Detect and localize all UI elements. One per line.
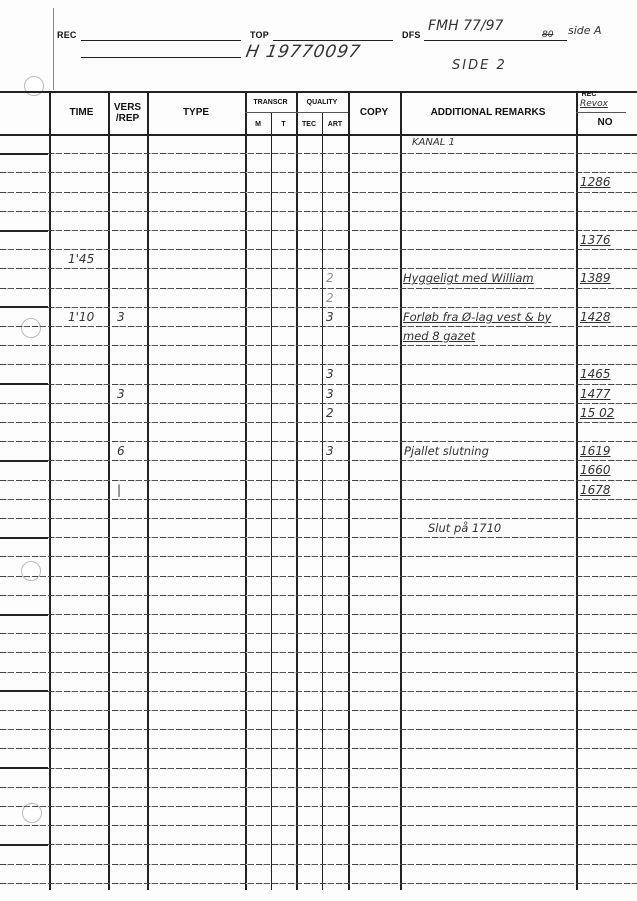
margin-tick — [0, 614, 48, 616]
row-line — [0, 326, 637, 327]
col-header-transcr-m: M — [245, 117, 271, 133]
margin-tick — [0, 767, 48, 769]
row-line — [0, 384, 637, 385]
entry-remarks: Hyggeligt med William — [403, 271, 534, 285]
col-header-time: TIME — [55, 92, 108, 134]
entry-time: 1'10 — [68, 310, 94, 324]
side-a-note: side A — [568, 24, 602, 37]
header-bottom-border — [0, 134, 637, 136]
entry-vers: 3 — [117, 387, 125, 401]
entry-art: 3 — [326, 444, 334, 458]
top-label: TOP — [250, 30, 269, 40]
row-line — [0, 844, 637, 845]
col-header-rep: /REP — [116, 113, 139, 125]
row-line — [0, 518, 637, 519]
margin-tick — [0, 460, 48, 462]
row-line — [0, 787, 637, 788]
subheader-divider — [245, 112, 348, 113]
row-line — [0, 153, 637, 154]
col-header-rec-no: NO — [585, 115, 625, 131]
row-line — [0, 729, 637, 730]
entry-rec-no: 1428 — [580, 310, 611, 324]
side-note: SIDE 2 — [452, 58, 507, 73]
row-line — [0, 672, 637, 673]
row-line — [0, 422, 637, 423]
row-line — [0, 403, 637, 404]
punch-hole-middle — [21, 318, 41, 338]
row-line — [0, 288, 637, 289]
entry-vers: 3 — [117, 310, 125, 324]
entry-remarks: Forløb fra Ø-lag vest & by — [403, 310, 551, 324]
rec-field-line — [81, 40, 241, 41]
margin-tick — [0, 844, 48, 846]
col-header-transcr: TRANSCR — [245, 94, 296, 112]
row-line — [0, 595, 637, 596]
entry-art: 2 — [326, 271, 334, 285]
margin-tick — [0, 383, 48, 385]
row-line — [0, 883, 637, 884]
entry-time: 1'45 — [68, 252, 94, 266]
row-line — [0, 825, 637, 826]
entry-art: 2 — [326, 406, 334, 420]
row-line — [0, 614, 637, 615]
entry-art: 2 — [326, 291, 334, 305]
row-line — [0, 748, 637, 749]
log-sheet: REC TOP H 19770097 DFS FMH 77/97 80 side… — [0, 0, 637, 901]
margin-tick — [0, 306, 48, 308]
row-line — [0, 768, 637, 769]
entry-rec-no: 1678 — [580, 483, 611, 497]
rec-field-line-2 — [81, 57, 241, 58]
entry-remarks: Pjallet slutning — [404, 444, 489, 458]
row-line — [0, 806, 637, 807]
entry-vers: | — [117, 483, 121, 497]
top-handwritten-value: H 19770097 — [244, 42, 362, 62]
margin-tick — [0, 230, 48, 232]
row-line — [0, 633, 637, 634]
entry-art: 3 — [326, 310, 334, 324]
entry-rec-no: 15 02 — [580, 406, 614, 420]
col-header-rec-no-handwritten: Revox — [580, 99, 608, 109]
entry-vers: 6 — [117, 444, 125, 458]
row-line — [0, 537, 637, 538]
row-line — [0, 691, 637, 692]
row-line — [0, 230, 637, 231]
col-header-copy: COPY — [348, 92, 400, 134]
col-header-remarks: ADDITIONAL REMARKS — [400, 92, 576, 134]
punch-hole-lower — [21, 561, 41, 581]
entry-rec-no: 1465 — [580, 367, 611, 381]
punch-hole-top — [24, 76, 44, 96]
entry-rec-no: 1286 — [580, 175, 611, 189]
col-header-quality-art: ART — [322, 117, 348, 133]
row-line — [0, 652, 637, 653]
row-line — [0, 249, 637, 250]
entry-art: 3 — [326, 367, 334, 381]
entry-remarks: Slut på 1710 — [428, 521, 501, 535]
margin-tick — [0, 153, 48, 155]
row-line — [0, 192, 637, 193]
row-line — [0, 480, 637, 481]
row-line — [0, 211, 637, 212]
dfs-field-line — [424, 40, 567, 41]
dfs-struck-value: 80 — [542, 30, 553, 40]
row-line — [0, 345, 637, 346]
row-line — [0, 556, 637, 557]
col-header-vers-rep: VERS /REP — [108, 92, 147, 134]
row-line — [0, 864, 637, 865]
entry-rec-no: 1389 — [580, 271, 611, 285]
row-line — [0, 307, 637, 308]
row-line — [0, 441, 637, 442]
row-line — [0, 460, 637, 461]
entry-remarks: med 8 gazet — [403, 329, 475, 343]
row-line — [0, 364, 637, 365]
entry-rec-no: 1619 — [580, 444, 611, 458]
col-header-quality: QUALITY — [296, 94, 348, 112]
row-line — [0, 172, 637, 173]
entry-rec-no: 1376 — [580, 233, 611, 247]
entry-rec-no: 1477 — [580, 387, 611, 401]
row-line — [0, 710, 637, 711]
col-header-quality-tec: TEC — [296, 117, 322, 133]
entry-rec-no: 1660 — [580, 463, 611, 477]
col-header-transcr-t: T — [271, 117, 296, 133]
header-left-border — [53, 8, 54, 90]
dfs-handwritten-value: FMH 77/97 — [428, 18, 503, 34]
rec-no-subheader-divider — [576, 112, 626, 113]
col-header-vers: VERS — [114, 102, 141, 114]
dfs-value: FMH 77/97 — [428, 18, 503, 34]
entry-remarks: KANAL 1 — [412, 137, 455, 148]
margin-tick — [0, 537, 48, 539]
row-line — [0, 268, 637, 269]
margin-tick — [0, 690, 48, 692]
dfs-label: DFS — [402, 30, 421, 40]
row-line — [0, 576, 637, 577]
rec-label: REC — [57, 30, 77, 40]
row-line — [0, 499, 637, 500]
column-divider-transcr — [271, 112, 272, 890]
top-field-line — [273, 40, 393, 41]
column-divider-quality — [322, 112, 323, 890]
entry-art: 3 — [326, 387, 334, 401]
col-header-type: TYPE — [147, 92, 245, 134]
